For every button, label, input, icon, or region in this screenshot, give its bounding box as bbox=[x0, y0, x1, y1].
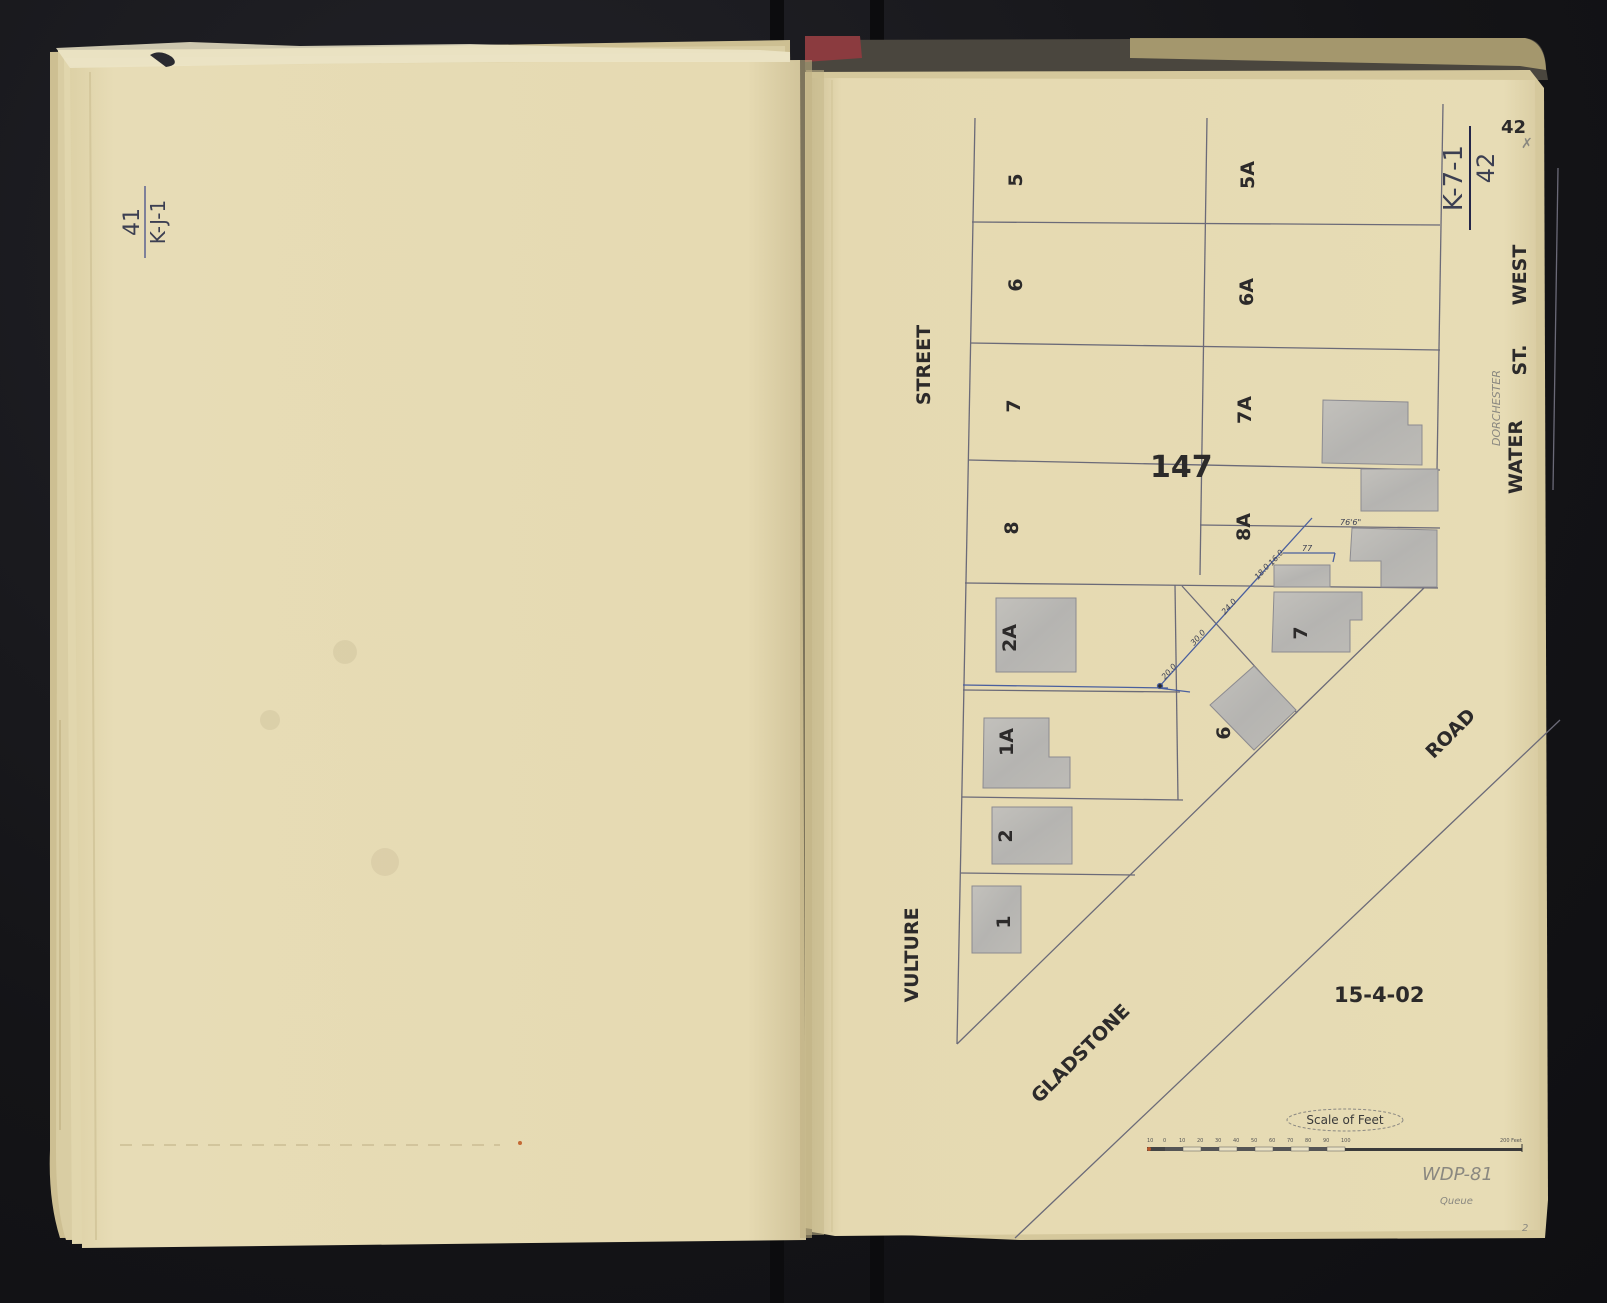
svg-text:20: 20 bbox=[1197, 1138, 1203, 1144]
svg-text:7: 7 bbox=[1003, 399, 1025, 412]
svg-text:8A: 8A bbox=[1233, 513, 1255, 541]
svg-text:1A: 1A bbox=[996, 728, 1018, 756]
building-rear-3 bbox=[1274, 565, 1330, 587]
svg-text:5: 5 bbox=[1005, 173, 1027, 186]
svg-text:60: 60 bbox=[1269, 1138, 1275, 1144]
svg-text:6: 6 bbox=[1213, 726, 1235, 739]
building-rear-1 bbox=[1361, 469, 1438, 511]
svg-text:2: 2 bbox=[995, 829, 1017, 842]
pencil-check-mark: ✗ bbox=[1521, 136, 1533, 152]
svg-text:10: 10 bbox=[1147, 1138, 1153, 1144]
building-7 bbox=[1272, 592, 1362, 652]
left-page-sheet bbox=[70, 60, 806, 1248]
street-label-street: STREET bbox=[913, 325, 935, 405]
svg-text:8: 8 bbox=[1001, 521, 1023, 534]
svg-text:K-7-1: K-7-1 bbox=[1439, 145, 1469, 211]
corner-pencil-mark: 2 bbox=[1522, 1223, 1528, 1234]
svg-text:6A: 6A bbox=[1236, 278, 1258, 306]
svg-text:6: 6 bbox=[1005, 278, 1027, 291]
svg-text:41: 41 bbox=[120, 208, 145, 236]
svg-text:0: 0 bbox=[1163, 1138, 1166, 1144]
svg-text:200 Feet: 200 Feet bbox=[1500, 1138, 1522, 1144]
pencil-note-dorchester: DORCHESTER bbox=[1490, 370, 1503, 446]
atlas-scene: 41 K-J-1 bbox=[0, 0, 1607, 1303]
block-number: 147 bbox=[1150, 450, 1213, 485]
left-page: 41 K-J-1 bbox=[50, 40, 806, 1248]
gutter bbox=[800, 60, 812, 1238]
marbled-corner bbox=[805, 36, 862, 62]
street-label-west: WEST bbox=[1509, 245, 1531, 306]
archive-reference: WDP-81 bbox=[1422, 1164, 1493, 1185]
svg-text:80: 80 bbox=[1305, 1138, 1311, 1144]
building-7a bbox=[1322, 400, 1422, 465]
svg-text:Scale of Feet: Scale of Feet bbox=[1306, 1113, 1383, 1127]
svg-text:90: 90 bbox=[1323, 1138, 1329, 1144]
page-number: 42 bbox=[1501, 117, 1526, 138]
svg-text:100: 100 bbox=[1341, 1138, 1351, 1144]
svg-text:70: 70 bbox=[1287, 1138, 1293, 1144]
svg-text:76'6": 76'6" bbox=[1340, 518, 1361, 527]
plan-date: 15-4-02 bbox=[1334, 983, 1425, 1007]
svg-text:2A: 2A bbox=[999, 624, 1021, 652]
svg-text:5A: 5A bbox=[1237, 161, 1259, 189]
svg-text:40: 40 bbox=[1233, 1138, 1239, 1144]
svg-text:30: 30 bbox=[1215, 1138, 1221, 1144]
svg-text:7A: 7A bbox=[1234, 396, 1256, 424]
street-label-vulture: VULTURE bbox=[901, 907, 923, 1002]
street-label-st: ST. bbox=[1509, 345, 1531, 376]
svg-text:42: 42 bbox=[1472, 153, 1500, 184]
svg-text:7: 7 bbox=[1290, 626, 1312, 639]
right-edge-line bbox=[1553, 168, 1558, 490]
archive-subreference: Queue bbox=[1440, 1196, 1473, 1207]
svg-text:50: 50 bbox=[1251, 1138, 1257, 1144]
svg-text:10: 10 bbox=[1179, 1138, 1185, 1144]
right-page: 20.0 30.0 24.0 18.0 16.0 77 76'6" bbox=[805, 36, 1560, 1240]
svg-text:77: 77 bbox=[1302, 544, 1313, 553]
street-label-water: WATER bbox=[1505, 420, 1527, 494]
svg-text:1: 1 bbox=[993, 915, 1015, 928]
atlas-svg: 41 K-J-1 bbox=[0, 0, 1607, 1303]
svg-text:K-J-1: K-J-1 bbox=[146, 200, 170, 244]
